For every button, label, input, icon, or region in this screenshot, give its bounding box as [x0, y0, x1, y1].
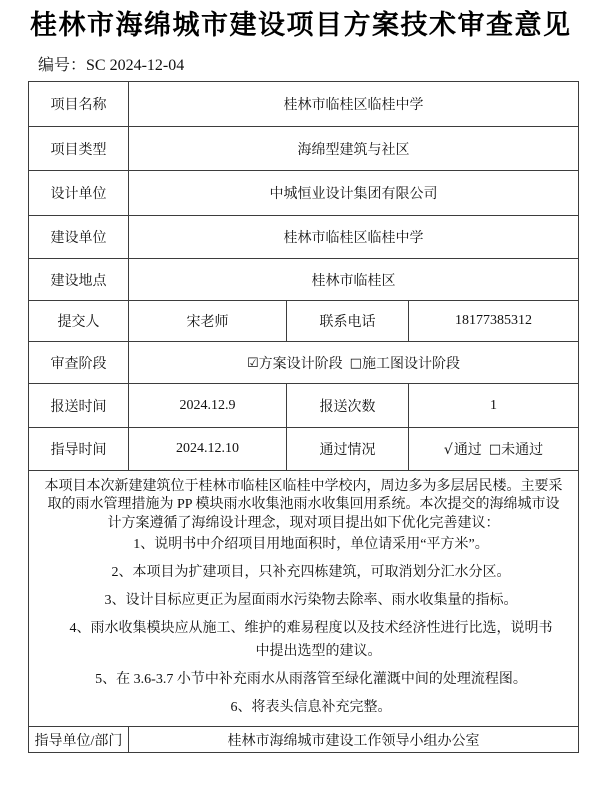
project-type-value: 海绵型建筑与社区 — [129, 127, 579, 171]
checkbox-empty-icon: □ — [489, 442, 501, 457]
page-title: 桂林市海绵城市建设项目方案技术审查意见 — [30, 10, 572, 41]
submitter-label: 提交人 — [29, 301, 129, 342]
submission-count-label: 报送次数 — [287, 384, 409, 428]
location-label: 建设地点 — [29, 259, 129, 301]
review-comment-item-2: 2、本项目为扩建项目，只补充四栋建筑，可取消划分汇水分区。 — [29, 561, 578, 584]
review-stage-value: ☑方案设计阶段□施工图设计阶段 — [129, 342, 579, 384]
project-name-label: 项目名称 — [29, 82, 129, 127]
table-row-guidance-unit: 指导单位/部门 桂林市海绵城市建设工作领导小组办公室 — [29, 727, 579, 753]
guidance-unit-value: 桂林市海绵城市建设工作领导小组办公室 — [129, 727, 579, 753]
doc-number-label: 编号： — [38, 57, 86, 74]
table-row-project-type: 项目类型 海绵型建筑与社区 — [29, 127, 579, 171]
project-name-value: 桂林市临桂区临桂中学 — [129, 82, 579, 127]
table-row-review-stage: 审查阶段 ☑方案设计阶段□施工图设计阶段 — [29, 342, 579, 384]
table-row-construction-unit: 建设单位 桂林市临桂区临桂中学 — [29, 216, 579, 259]
phone-label: 联系电话 — [287, 301, 409, 342]
phone-value: 18177385312 — [409, 301, 579, 342]
table-row-project-name: 项目名称 桂林市临桂区临桂中学 — [29, 82, 579, 127]
review-stage-option-scheme: 方案设计阶段 — [259, 357, 343, 372]
review-comment-item-4: 4、雨水收集模块应从施工、维护的难易程度以及技术经济性进行比选，说明书 中提出选… — [29, 617, 578, 663]
guidance-date-value: 2024.12.10 — [129, 428, 287, 471]
review-comments-cell: 本项目本次新建建筑位于桂林市临桂区临桂中学校内，周边多为多层居民楼。主要采 取的… — [29, 471, 579, 727]
construction-unit-label: 建设单位 — [29, 216, 129, 259]
doc-number: 编号：SC 2024-12-04 — [38, 52, 184, 75]
checkmark-icon: √ — [444, 442, 453, 458]
table-row-design-unit: 设计单位 中城恒业设计集团有限公司 — [29, 171, 579, 216]
table-row-comments: 本项目本次新建建筑位于桂林市临桂区临桂中学校内，周边多为多层居民楼。主要采 取的… — [29, 471, 579, 727]
document-page: 桂林市海绵城市建设项目方案技术审查意见 编号：SC 2024-12-04 项目名… — [0, 0, 609, 800]
pass-option-label: 通过 — [454, 443, 482, 458]
design-unit-label: 设计单位 — [29, 171, 129, 216]
submission-date-label: 报送时间 — [29, 384, 129, 428]
submission-count-value: 1 — [409, 384, 579, 428]
review-comment-item-5: 5、在 3.6-3.7 小节中补充雨水从雨落管至绿化灌溉中间的处理流程图。 — [29, 668, 578, 691]
pass-status-label: 通过情况 — [287, 428, 409, 471]
review-form-table: 项目名称 桂林市临桂区临桂中学 项目类型 海绵型建筑与社区 设计单位 中城恒业设… — [28, 81, 579, 753]
guidance-date-label: 指导时间 — [29, 428, 129, 471]
pass-status-value: √通过□未通过 — [409, 428, 579, 471]
fail-option-label: 未通过 — [501, 443, 543, 458]
table-row-submitter: 提交人 宋老师 联系电话 18177385312 — [29, 301, 579, 342]
checkbox-empty-icon: □ — [350, 356, 362, 371]
table-row-location: 建设地点 桂林市临桂区 — [29, 259, 579, 301]
doc-number-value: SC 2024-12-04 — [86, 57, 184, 74]
checkbox-checked-icon: ☑ — [247, 356, 259, 371]
review-stage-label: 审查阶段 — [29, 342, 129, 384]
review-comment-item-1: 1、说明书中介绍项目用地面积时，单位请采用“平方米”。 — [29, 533, 578, 556]
location-value: 桂林市临桂区 — [129, 259, 579, 301]
table-row-guidance: 指导时间 2024.12.10 通过情况 √通过□未通过 — [29, 428, 579, 471]
review-comments-intro: 本项目本次新建建筑位于桂林市临桂区临桂中学校内，周边多为多层居民楼。主要采 取的… — [29, 478, 578, 534]
table-row-submission: 报送时间 2024.12.9 报送次数 1 — [29, 384, 579, 428]
design-unit-value: 中城恒业设计集团有限公司 — [129, 171, 579, 216]
review-stage-option-construction: 施工图设计阶段 — [362, 357, 460, 372]
review-comment-item-6: 6、将表头信息补充完整。 — [29, 696, 578, 719]
construction-unit-value: 桂林市临桂区临桂中学 — [129, 216, 579, 259]
guidance-unit-label: 指导单位/部门 — [29, 727, 129, 753]
submission-date-value: 2024.12.9 — [129, 384, 287, 428]
project-type-label: 项目类型 — [29, 127, 129, 171]
review-comment-item-3: 3、设计目标应更正为屋面雨水污染物去除率、雨水收集量的指标。 — [29, 589, 578, 612]
submitter-value: 宋老师 — [129, 301, 287, 342]
